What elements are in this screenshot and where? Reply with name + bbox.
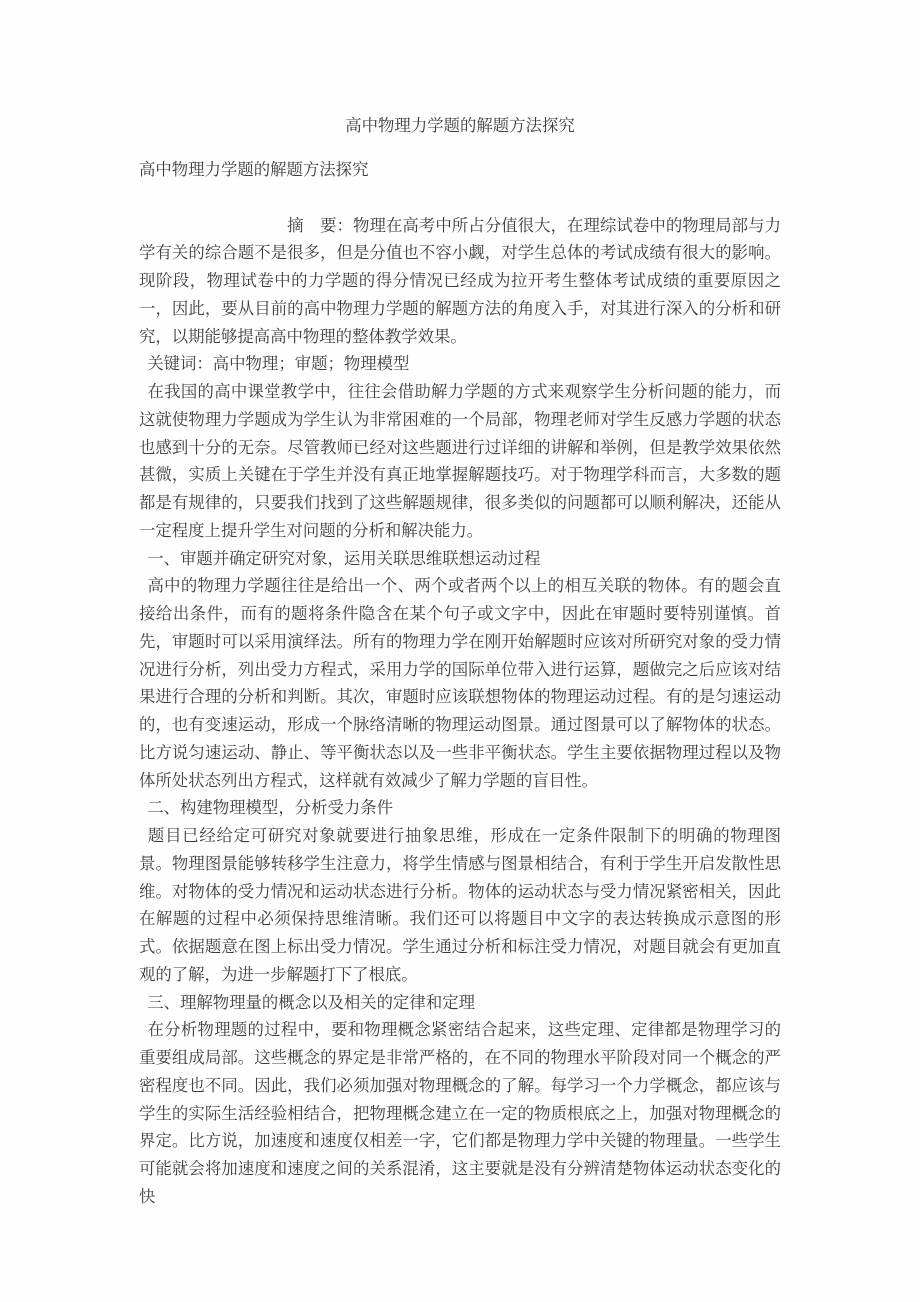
section-heading-2: 二、构建物理模型，分析受力条件 (139, 794, 781, 822)
section-body-2: 题目已经给定可研究对象就要进行抽象思维，形成在一定条件限制下的明确的物理图景。物… (139, 822, 781, 989)
section-heading-1: 一、审题并确定研究对象，运用关联思维联想运动过程 (139, 545, 781, 573)
section-body-3: 在分析物理题的过程中，要和物理概念紧密结合起来，这些定理、定律都是物理学习的重要… (139, 1016, 781, 1210)
document-title: 高中物理力学题的解题方法探究 (139, 112, 781, 140)
paragraph-intro: 在我国的高中课堂教学中，往往会借助解力学题的方式来观察学生分析问题的能力，而这就… (139, 378, 781, 545)
document-subtitle: 高中物理力学题的解题方法探究 (139, 156, 781, 184)
paragraph-keywords: 关键词：高中物理；审题；物理模型 (139, 350, 781, 378)
document-page: 高中物理力学题的解题方法探究 高中物理力学题的解题方法探究 摘 要：物理在高考中… (0, 0, 920, 1302)
section-heading-3: 三、理解物理量的概念以及相关的定律和定理 (139, 989, 781, 1017)
section-body-1: 高中的物理力学题往往是给出一个、两个或者两个以上的相互关联的物体。有的题会直接给… (139, 572, 781, 794)
paragraph-abstract: 摘 要：物理在高考中所占分值很大，在理综试卷中的物理局部与力学有关的综合题不是很… (139, 212, 781, 351)
